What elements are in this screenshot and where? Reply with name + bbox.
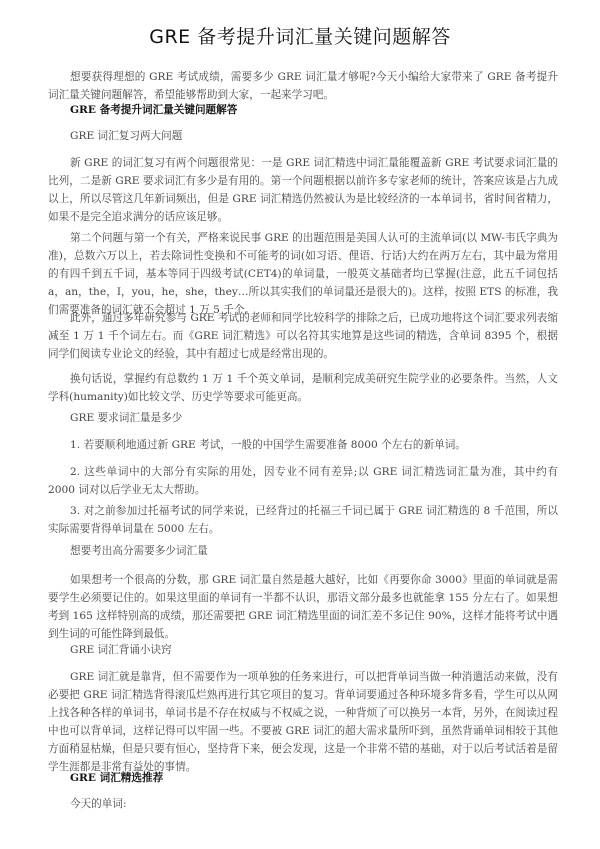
paragraph: 此外，通过多年研究参与 GRE 考试的老师和同学比较科学的排除之后，已成功地将这… xyxy=(48,309,558,363)
subheading-high-score: 想要考出高分需要多少词汇量 xyxy=(70,543,208,558)
page-title: GRE 备考提升词汇量关键问题解答 xyxy=(0,22,600,49)
subheading-tips: GRE 词汇背诵小诀窍 xyxy=(70,642,172,657)
intro-paragraph: 想要获得理想的 GRE 考试成绩，需要多少 GRE 词汇量才够呢?今天小编给大家… xyxy=(48,68,558,104)
paragraph: 第二个问题与第一个有关，严格来说民事 GRE 的出题范围是美国人认可的主流单词(… xyxy=(48,229,558,319)
paragraph: 如果想考一个很高的分数，那 GRE 词汇量自然是越大越好，比如《再要你命 300… xyxy=(48,571,558,643)
todays-words-label: 今天的单词: xyxy=(70,796,127,811)
document-page: GRE 备考提升词汇量关键问题解答 想要获得理想的 GRE 考试成绩，需要多少 … xyxy=(0,0,600,849)
paragraph: 新 GRE 的词汇复习有两个问题很常见：一是 GRE 词汇精选中词汇量能覆盖新 … xyxy=(48,154,558,226)
section-heading: GRE 备考提升词汇量关键问题解答 xyxy=(70,102,237,117)
paragraph: 换句话说，掌握约有总数约 1 万 1 千个英文单词，是顺利完成美研究生院学业的必… xyxy=(48,370,558,406)
list-item: 3. 对之前参加过托福考试的同学来说，已经背过的托福三千词已属于 GRE 词汇精… xyxy=(48,502,558,538)
list-item: 1. 若要顺利地通过新 GRE 考试，一般的中国学生需要准备 8000 个左右的… xyxy=(48,436,558,454)
list-item: 2. 这些单词中的大部分有实际的用处，因专业不同有差异;以 GRE 词汇精选词汇… xyxy=(48,463,558,499)
subheading-review-problems: GRE 词汇复习两大问题 xyxy=(70,128,182,143)
subheading-recommend: GRE 词汇精选推荐 xyxy=(70,770,163,785)
subheading-vocab-required: GRE 要求词汇量是多少 xyxy=(70,410,182,425)
paragraph: GRE 词汇就是靠背，但不需要作为一项单独的任务来进行，可以把背单词当做一种消遣… xyxy=(48,668,558,776)
